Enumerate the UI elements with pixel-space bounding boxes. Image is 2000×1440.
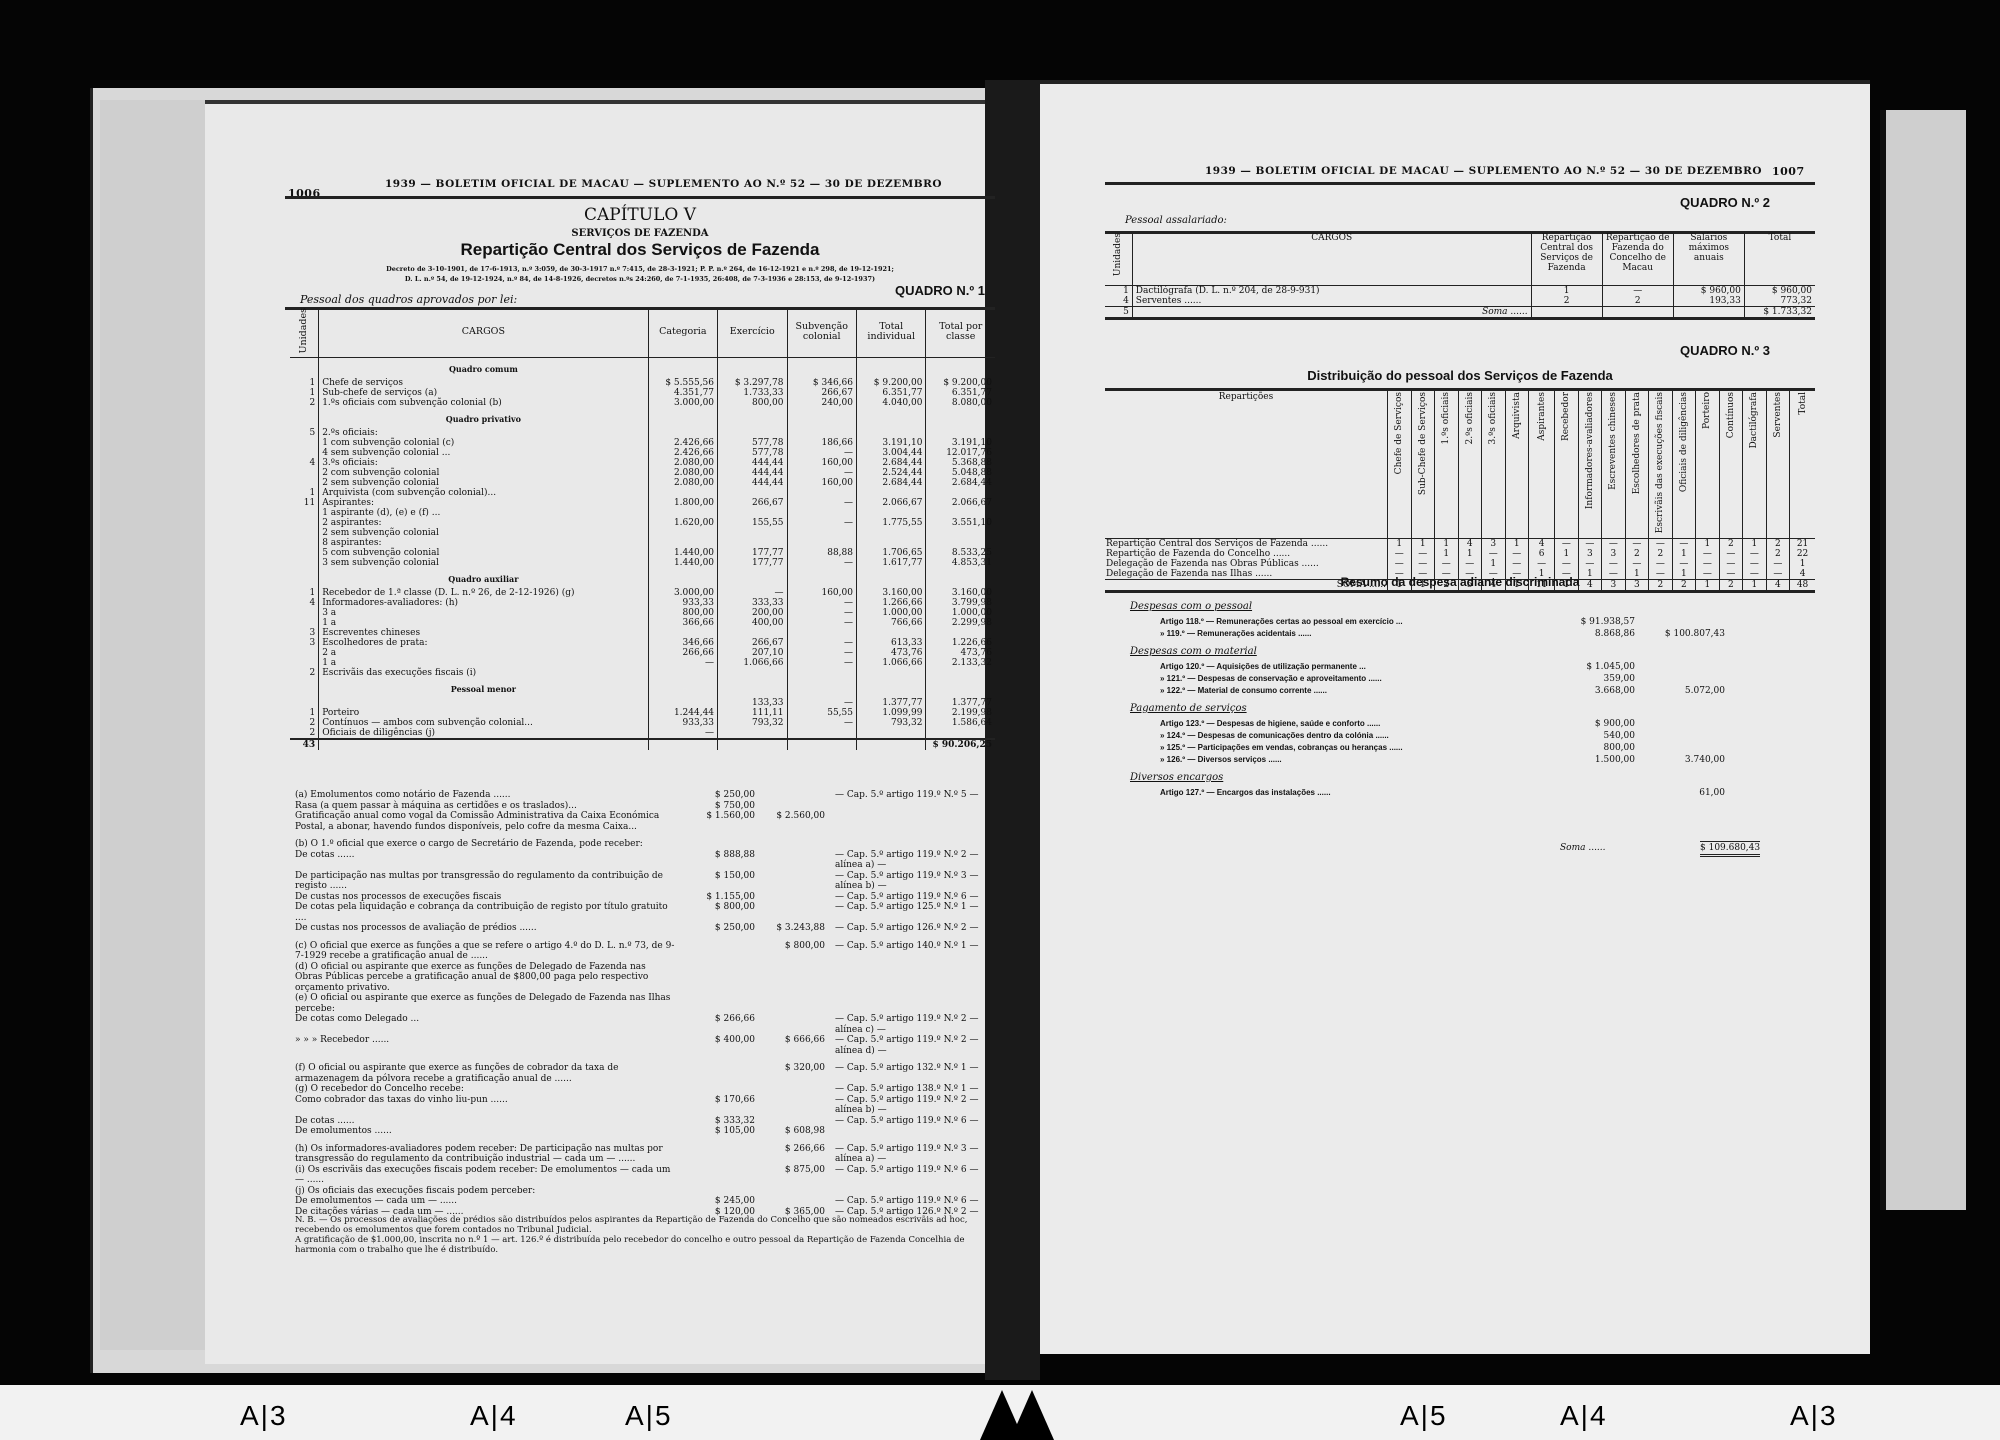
footnote-line: De cotas ......$ 333,32— Cap. 5.º artigo… — [295, 1116, 995, 1127]
legislation-line-2: D. L. n.º 54, de 19-12-1924, n.º 84, de … — [285, 275, 995, 283]
table-row: 2Contínuos — ambos com subvenção colonia… — [290, 718, 995, 728]
footnote-line: (c) O oficial que exerce as funções a qu… — [295, 941, 995, 962]
table-row: 1Sub-chefe de serviços (a)4.351,771.733,… — [290, 388, 995, 398]
col-header: Arquivista — [1505, 390, 1529, 539]
col-units: Unidades — [290, 308, 319, 357]
table-row: 2Escrivãis das execuções fiscais (i) — [290, 668, 995, 678]
table-row: 4 Serventes ...... 2 2 193,33 773,32 — [1105, 296, 1815, 307]
table-row: 11Aspirantes:1.800,00266,67—2.066,672.06… — [290, 498, 995, 508]
table-row: 1Recebedor de 1.ª classe (D. L. n.º 26, … — [290, 588, 995, 598]
center-marker-right — [1010, 1390, 1054, 1440]
right-running-header: 1939 — BOLETIM OFICIAL DE MACAU — SUPLEM… — [1205, 165, 1762, 177]
resumo-line: » 126.º — Diversos serviços ......1.500,… — [1130, 754, 1810, 766]
soma-row: 5 Soma ...... $ 1.733,32 — [1105, 307, 1815, 319]
header-rule — [285, 196, 995, 199]
col-header: Porteiro — [1696, 390, 1720, 539]
quadro-1-subtitle: Pessoal dos quadros aprovados por lei: — [300, 293, 517, 306]
table-row: 3Escreventes chineses — [290, 628, 995, 638]
footnote-line: Como cobrador das taxas do vinho liu-pun… — [295, 1095, 995, 1116]
footnote-line: (i) Os escrivãis das execuções fiscais p… — [295, 1165, 995, 1186]
resumo-line: » 125.º — Participações em vendas, cobra… — [1130, 742, 1810, 754]
film-marker-a4-right: A|4 — [1560, 1400, 1608, 1432]
spacer — [295, 934, 995, 941]
col-exercicio: Exercício — [718, 308, 787, 357]
col-total: Total — [1744, 233, 1815, 286]
quadro-2-label: QUADRO N.º 2 — [1680, 195, 1770, 210]
footnote-line: (h) Os informadores-avaliadores podem re… — [295, 1144, 995, 1165]
chapter-title: CAPÍTULO V — [285, 205, 995, 225]
table-row: 4 sem subvenção colonial ...2.426,66577,… — [290, 448, 995, 458]
resumo-section: Despesas com o pessoalArtigo 118.º — Rem… — [1130, 595, 1810, 799]
footnote-line: (a) Emolumentos como notário de Fazenda … — [295, 790, 995, 801]
col-header: Escrivãis das execuções fiscais — [1649, 390, 1673, 539]
footnote-line: (e) O oficial ou aspirante que exerce as… — [295, 993, 995, 1014]
col-salarios: Salários máximos anuais — [1673, 233, 1744, 286]
table-row: Repartição de Fazenda do Concelho ......… — [1105, 549, 1815, 559]
resumo-category: Pagamento de serviços — [1130, 703, 1810, 715]
spacer — [295, 1137, 995, 1144]
footnote-line: (j) Os oficiais das execuções fiscais po… — [295, 1186, 995, 1197]
quadro-1-table: Unidades CARGOS Categoria Exercício Subv… — [290, 308, 995, 750]
table-row: 1Chefe de serviços$ 5.555,56$ 3.297,78$ … — [290, 378, 995, 388]
resumo-category: Despesas com o pessoal — [1130, 601, 1810, 613]
table-row: 1Porteiro1.244,44111,1155,551.099,992.19… — [290, 708, 995, 718]
film-marker-a5-left: A|5 — [625, 1400, 673, 1432]
col-rep-central: Repartição Central dos Serviços de Fazen… — [1531, 233, 1602, 286]
col-header: 3.ºs oficiais — [1482, 390, 1506, 539]
col-header: Oficiais de diligências — [1672, 390, 1696, 539]
right-header-rule — [1105, 182, 1815, 185]
film-marker-a3-right: A|3 — [1790, 1400, 1838, 1432]
col-total-individual: Total individual — [856, 308, 925, 357]
table-row: 52.ºs oficiais: — [290, 428, 995, 438]
col-categoria: Categoria — [648, 308, 717, 357]
film-strip — [0, 1385, 2000, 1440]
resumo-line: » 119.º — Remunerações acidentais ......… — [1130, 628, 1810, 640]
resumo-line: » 121.º — Despesas de conservação e apro… — [1130, 673, 1810, 685]
col-rep-concelho: Repartição de Fazenda do Concelho de Mac… — [1602, 233, 1673, 286]
footnote-line: De emolumentos ......$ 105,00$ 608,98 — [295, 1126, 995, 1137]
col-header: Dactilógrafa — [1743, 390, 1767, 539]
film-marker-a5-right: A|5 — [1400, 1400, 1448, 1432]
quadro-3-title: Distribuição do pessoal dos Serviços de … — [1105, 368, 1815, 383]
resumo-line: Artigo 118.º — Remunerações certas ao pe… — [1130, 616, 1810, 628]
nb-paragraph-1: N. B. — Os processos de avaliações de pr… — [295, 1215, 995, 1235]
quadro-2-subtitle: Pessoal assalariado: — [1125, 215, 1227, 226]
spacer — [295, 1056, 995, 1063]
col-header: Informadores-avaliadores — [1578, 390, 1602, 539]
table-row: 2 a266,66207,10—473,76473,76 — [290, 648, 995, 658]
footnote-line: De participação nas multas por transgres… — [295, 871, 995, 892]
col-subvencao: Subvenção colonial — [787, 308, 856, 357]
table-row: 1 com subvenção colonial (c)2.426,66577,… — [290, 438, 995, 448]
resumo-soma-label: Soma ...... — [1560, 843, 1606, 853]
col-header: 1.ºs oficiais — [1435, 390, 1459, 539]
resumo-line: Artigo 127.º — Encargos das instalações … — [1130, 787, 1810, 799]
table-row: 1 Dactilógrafa (D. L. n.º 204, de 28-9-9… — [1105, 286, 1815, 297]
footnote-line: De custas nos processos de avaliação de … — [295, 923, 995, 934]
footnote-line: De cotas como Delegado ...$ 266,66— Cap.… — [295, 1014, 995, 1035]
table-row: 2 sem subvenção colonial — [290, 528, 995, 538]
table-row: 3Escolhedores de prata:346,66266,67—613,… — [290, 638, 995, 648]
footnote-line: (d) O oficial ou aspirante que exerce as… — [295, 962, 995, 994]
quadro-1-label: QUADRO N.º 1 — [895, 283, 985, 298]
table-row: 3 a800,00200,00—1.000,001.000,00 — [290, 608, 995, 618]
section-row: Quadro privativo — [290, 408, 995, 428]
col-header: Escolhedores de prata — [1625, 390, 1649, 539]
nb-note: N. B. — Os processos de avaliações de pr… — [295, 1215, 995, 1255]
col-header: Chefe de Serviços — [1388, 390, 1412, 539]
footnote-line: De cotas pela liquidação e cobrança da c… — [295, 902, 995, 923]
footnote-line: De custas nos processos de execuções fis… — [295, 892, 995, 903]
table-row: 1Arquivista (com subvenção colonial)... — [290, 488, 995, 498]
resumo-title: Resumo da despesa adiante discriminada — [1105, 575, 1815, 589]
col-header: Recebedor — [1555, 390, 1579, 539]
right-page-number: 1007 — [1772, 165, 1805, 178]
quadro-3-table: RepartiçõesChefe de ServiçosSub-Chefe de… — [1105, 390, 1815, 593]
table-row: 133,33—1.377,771.377,77 — [290, 698, 995, 708]
table-row: 5 com subvenção colonial1.440,00177,7788… — [290, 548, 995, 558]
footnotes: (a) Emolumentos como notário de Fazenda … — [295, 790, 995, 1217]
section-row: Quadro auxiliar — [290, 568, 995, 588]
table-row: Repartição Central dos Serviços de Fazen… — [1105, 539, 1815, 550]
footnote-line: (g) O recebedor do Concelho recebe:— Cap… — [295, 1084, 995, 1095]
section-row: Quadro comum — [290, 357, 995, 378]
film-marker-a4-left: A|4 — [470, 1400, 518, 1432]
nb-paragraph-2: A gratificação de $1.000,00, inscrita no… — [295, 1235, 995, 1255]
col-header: Contínuos — [1719, 390, 1743, 539]
footnote-line: » » » Recebedor ......$ 400,00$ 666,66— … — [295, 1035, 995, 1056]
footnote-line: (b) O 1.º oficial que exerce o cargo de … — [295, 839, 995, 850]
resumo-category: Despesas com o material — [1130, 646, 1810, 658]
resumo-soma-total: $ 109.680,43 — [1700, 841, 1760, 857]
footnote-line: Gratificação anual como vogal da Comissã… — [295, 811, 995, 832]
table-row: 1 a366,66400,00—766,662.299,98 — [290, 618, 995, 628]
footnote-line: De cotas ......$ 888,88— Cap. 5.º artigo… — [295, 850, 995, 871]
spacer — [295, 832, 995, 839]
col-header: Serventes — [1766, 390, 1790, 539]
col-header: Escreventes chineses — [1602, 390, 1626, 539]
quadro-3-label: QUADRO N.º 3 — [1680, 343, 1770, 358]
section-title: SERVIÇOS DE FAZENDA — [285, 228, 995, 239]
col-header: Total — [1790, 390, 1815, 539]
table-row: 2Oficiais de diligências (j)— — [290, 728, 995, 739]
table-row: 21.ºs oficiais com subvenção colonial (b… — [290, 398, 995, 408]
department-title: Repartição Central dos Serviços de Fazen… — [285, 240, 995, 260]
col-cargos: CARGOS — [319, 308, 648, 357]
resumo-line: Artigo 123.º — Despesas de higiene, saúd… — [1130, 718, 1810, 730]
footnote-line: De emolumentos — cada um — ......$ 245,0… — [295, 1196, 995, 1207]
table-row: 8 aspirantes: — [290, 538, 995, 548]
table-row: 4Informadores-avaliadores: (h)933,33333,… — [290, 598, 995, 608]
table-row: 3 sem subvenção colonial1.440,00177,77—1… — [290, 558, 995, 568]
resumo-category: Diversos encargos — [1130, 772, 1810, 784]
col-header: Aspirantes — [1529, 390, 1555, 539]
footnote-line: (f) O oficial ou aspirante que exerce as… — [295, 1063, 995, 1084]
section-row: Pessoal menor — [290, 678, 995, 698]
table-row: 1 a—1.066,66—1.066,662.133,32 — [290, 658, 995, 668]
table-row: 43.ºs oficiais:2.080,00444,44160,002.684… — [290, 458, 995, 468]
footnote-line: Rasa (a quem passar à máquina as certidõ… — [295, 801, 995, 812]
film-marker-a3-left: A|3 — [240, 1400, 288, 1432]
table-row: 2 com subvenção colonial2.080,00444,44—2… — [290, 468, 995, 478]
quadro-2-table: Unidades CARGOS Repartição Central dos S… — [1105, 233, 1815, 320]
col-reparticoes: Repartições — [1105, 390, 1388, 539]
col-cargos: CARGOS — [1132, 233, 1531, 286]
left-page-edges — [100, 100, 212, 1350]
resumo-line: » 122.º — Material de consumo corrente .… — [1130, 685, 1810, 697]
quadro-1-body: Quadro comum1Chefe de serviços$ 5.555,56… — [290, 357, 995, 750]
col-header: 2.ºs oficiais — [1458, 390, 1482, 539]
table-row: 2 aspirantes:1.620,00155,55—1.775,553.55… — [290, 518, 995, 528]
right-page-edges — [1880, 110, 1966, 1210]
col-unidades: Unidades — [1105, 233, 1132, 286]
table-row: 2 sem subvenção colonial2.080,00444,4416… — [290, 478, 995, 488]
table-row: 1 aspirante (d), (e) e (f) ... — [290, 508, 995, 518]
col-total-classe: Total por classe — [926, 308, 995, 357]
resumo-line: » 124.º — Despesas de comunicações dentr… — [1130, 730, 1810, 742]
left-running-header: 1939 — BOLETIM OFICIAL DE MACAU — SUPLEM… — [385, 178, 942, 190]
table-row: Delegação de Fazenda nas Obras Públicas … — [1105, 559, 1815, 569]
resumo-line: Artigo 120.º — Aquisições de utilização … — [1130, 661, 1810, 673]
total-row: 43$ 90.206,25 — [290, 739, 995, 750]
col-header: Sub-Chefe de Serviços — [1411, 390, 1435, 539]
legislation-line-1: Decreto de 3-10-1901, de 17-6-1913, n.º … — [285, 265, 995, 273]
